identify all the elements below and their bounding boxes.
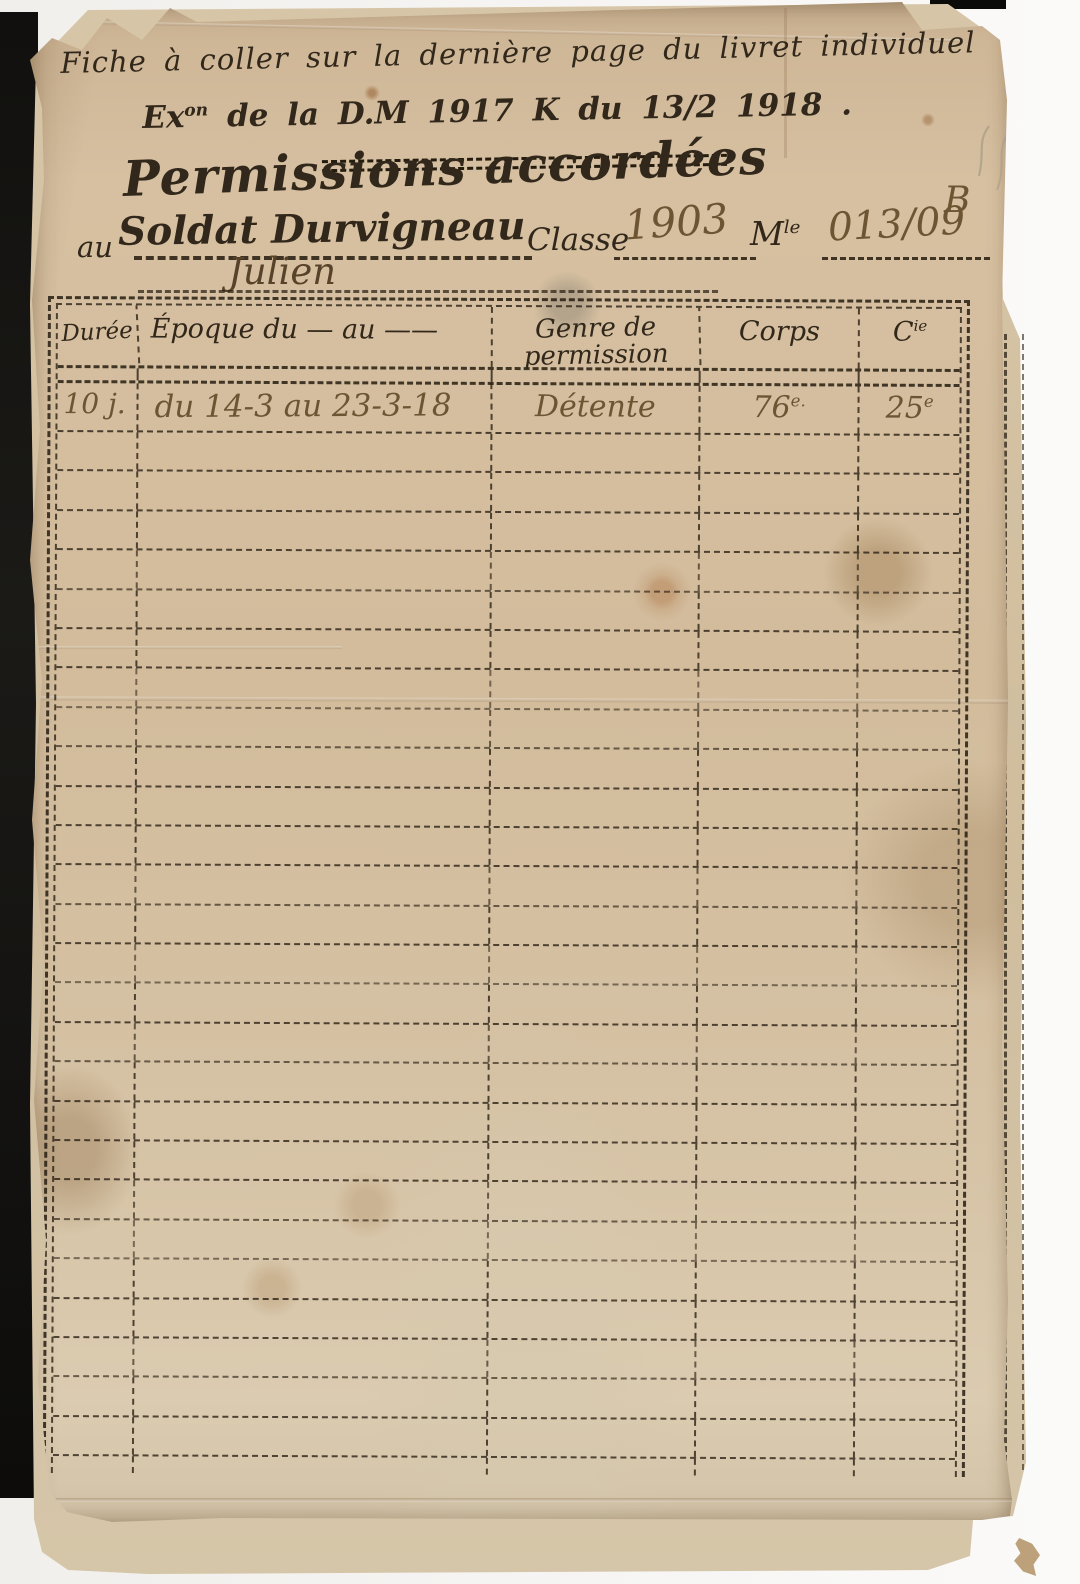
matricule-prefix: M [750, 214, 784, 253]
table-empty-row [57, 471, 959, 514]
matricule-underline [822, 257, 990, 260]
extract-prefix: Ex [142, 99, 185, 136]
table-empty-row [56, 629, 958, 672]
note-line: Fiche à coller sur la dernière page du l… [60, 25, 991, 80]
table-empty-row [56, 826, 958, 869]
table-empty-row [53, 1456, 955, 1477]
table-empty-row [54, 1180, 956, 1223]
permissions-table-border: Durée Époque du — au —— Genre depermissi… [51, 303, 962, 1477]
table-empty-row [55, 1023, 957, 1066]
recipient-prefix: au [77, 230, 113, 264]
table-empty-row [57, 590, 959, 633]
table-empty-row [53, 1338, 955, 1381]
column-header-epoque: Époque du — au —— [139, 305, 493, 367]
table-empty-row [53, 1417, 955, 1460]
page-title: Permissions accordées [122, 127, 768, 207]
matricule-superscript: le [784, 217, 801, 238]
column-header-cie: Cie [860, 309, 960, 369]
table-empty-rows [53, 432, 960, 1477]
document-page: Fiche à coller sur la dernière page du l… [22, 0, 1014, 1522]
table-empty-row [56, 787, 958, 830]
table-empty-row [57, 550, 959, 593]
entry-corps-value: 76 [752, 390, 790, 425]
cie-header-superscript: ie [914, 317, 928, 335]
table-empty-row [57, 432, 959, 475]
table-empty-row [57, 511, 959, 554]
column-header-duree: Durée [56, 303, 140, 367]
entry-cie-value: 25 [886, 391, 924, 426]
pencil-scribble [967, 112, 1037, 212]
firstname-underline [138, 290, 718, 293]
column-header-corps: Corps [700, 308, 860, 369]
table-empty-row [56, 747, 958, 790]
entry-corps-superscript: e. [791, 391, 806, 410]
table-empty-row [55, 865, 957, 908]
cie-header-prefix: C [893, 317, 914, 348]
soldier-firstname: Julien [228, 250, 336, 293]
table-empty-row [54, 1102, 956, 1145]
classe-label: Classe [527, 222, 629, 258]
table-empty-row [55, 944, 957, 987]
table-empty-row [56, 708, 958, 751]
table-header-row: Durée Époque du — au —— Genre depermissi… [58, 305, 960, 369]
entry-corps: 76e. [700, 386, 860, 434]
table-empty-row [56, 668, 958, 711]
table-entry-row: 10 j. du 14-3 au 23-3-18 Détente 76e. 25… [57, 383, 959, 436]
classe-underline [614, 257, 756, 260]
matricule-label: Mle [750, 214, 800, 253]
entry-genre: Détente [492, 385, 700, 433]
entry-epoque: du 14-3 au 23-3-18 [138, 383, 492, 432]
table-empty-row [54, 1259, 956, 1302]
table-empty-row [55, 984, 957, 1027]
entry-cie: 25e [860, 387, 960, 434]
entry-cie-superscript: e [924, 392, 934, 411]
paper-crease [22, 1498, 1014, 1502]
scanned-document: Fiche à coller sur la dernière page du l… [0, 0, 1080, 1584]
table-empty-row [54, 1141, 956, 1184]
classe-value: 1903 [622, 194, 729, 249]
table-empty-row [55, 905, 957, 948]
table-empty-row [54, 1220, 956, 1263]
entry-duree: 10 j. [57, 383, 138, 430]
paper-fragment [1014, 1538, 1040, 1576]
soldier-name: Soldat Durvigneau [118, 203, 526, 255]
table-empty-row [53, 1377, 955, 1420]
extract-superscript: on [184, 100, 208, 120]
permissions-table: Durée Époque du — au —— Genre depermissi… [43, 296, 970, 1477]
genre-header-line2: permission [523, 339, 668, 370]
table-empty-row [53, 1299, 955, 1342]
column-header-genre: Genre depermission [492, 305, 701, 370]
table-empty-row [54, 1062, 956, 1105]
